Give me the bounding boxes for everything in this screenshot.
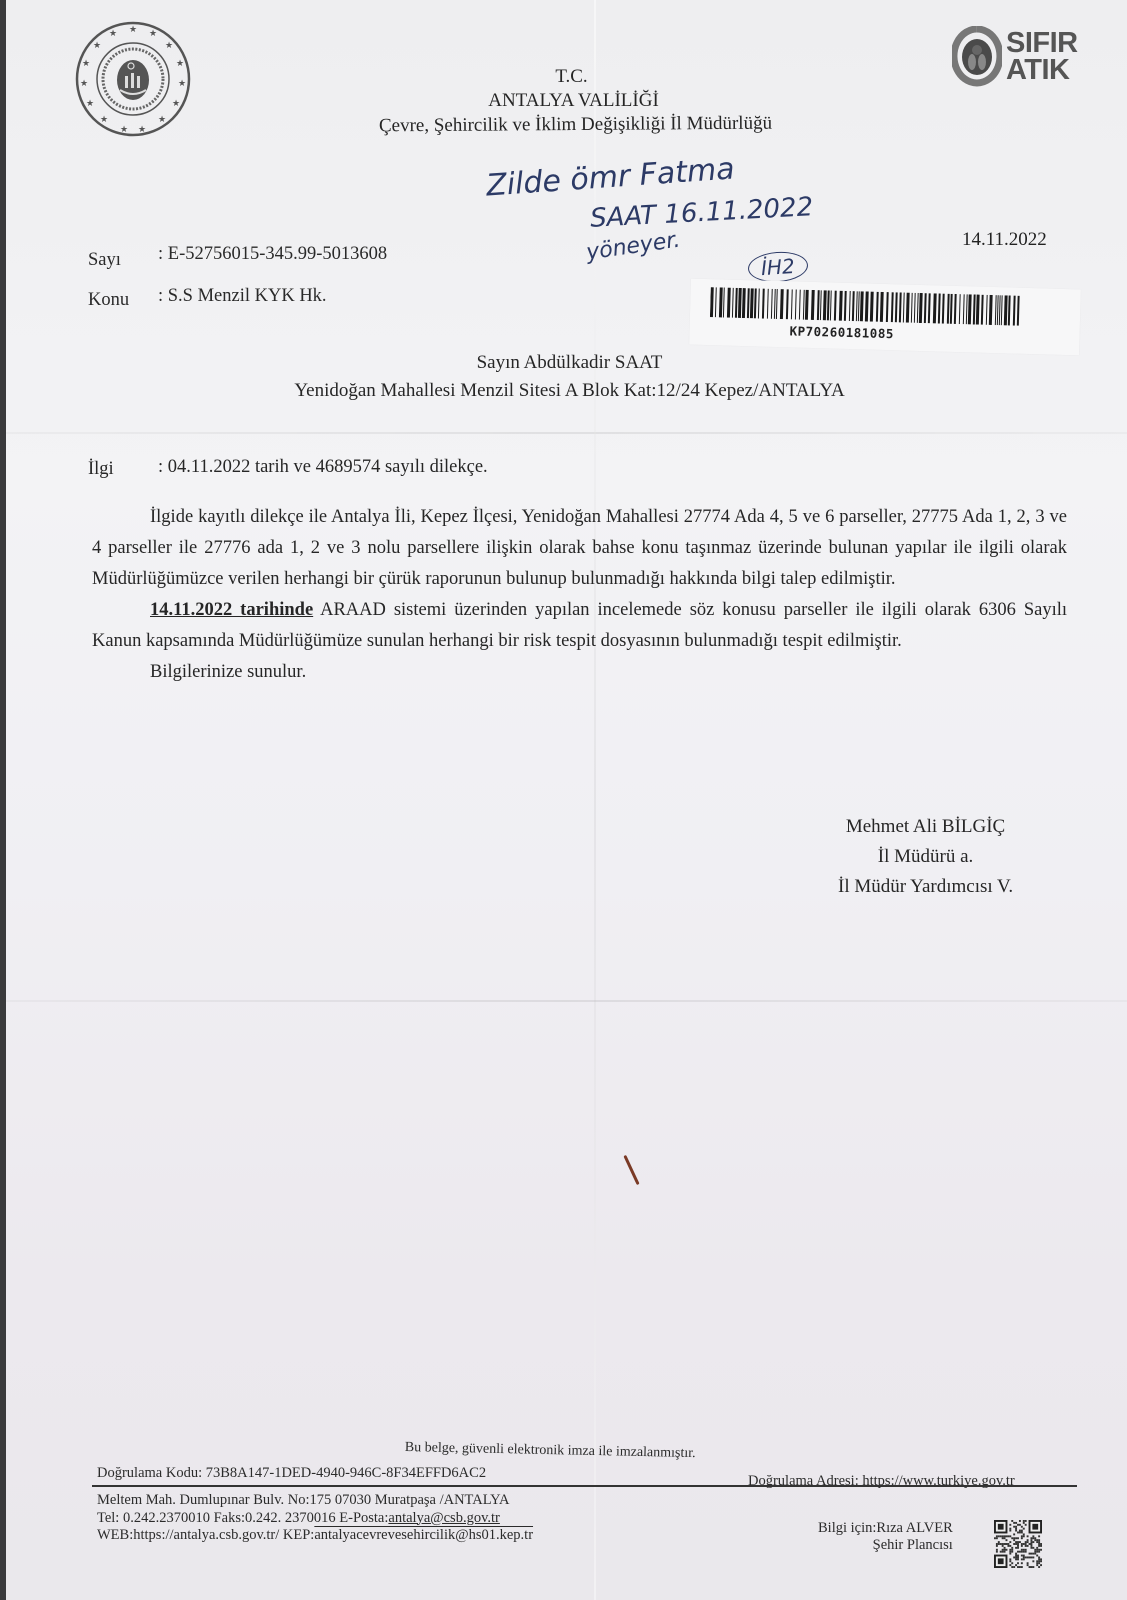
info-contact-block: Bilgi için:Rıza ALVER Şehir Plancısı — [818, 1520, 953, 1554]
sayi-value: : E-52756015-345.99-5013608 — [158, 244, 387, 265]
konu-label: Konu — [88, 290, 129, 311]
konu-value: : S.S Menzil KYK Hk. — [158, 286, 327, 307]
barcode-sticker: KP70260181085 — [689, 279, 1081, 356]
footer-address: Meltem Mah. Dumlupınar Bulv. No:175 0703… — [97, 1492, 533, 1510]
qr-code-icon — [994, 1520, 1042, 1568]
svg-text:★: ★ — [149, 29, 157, 39]
header-governorship: ANTALYA VALİLİĞİ — [10, 90, 1127, 112]
sayi-label: Sayı — [88, 250, 121, 271]
footer-tel-line: Tel: 0.242.2370010 Faks:0.242. 2370016 E… — [97, 1510, 533, 1528]
paper-fold — [6, 432, 1127, 434]
paper-fold — [6, 1000, 1127, 1002]
footer-divider — [92, 1485, 1077, 1487]
svg-text:★: ★ — [93, 41, 101, 51]
header-tc: T.C. — [8, 66, 1127, 88]
footer-contact: Meltem Mah. Dumlupınar Bulv. No:175 0703… — [97, 1492, 533, 1545]
body-paragraph-2-date: 14.11.2022 tarihinde — [150, 600, 313, 620]
info-contact-title: Şehir Plancısı — [818, 1537, 953, 1554]
footer-kep-link[interactable]: antalyacevrevesehircilik@hs01.kep.tr — [314, 1527, 533, 1543]
ilgi-label: İlgi — [88, 454, 114, 485]
svg-text:★: ★ — [129, 25, 137, 35]
body-paragraph-2: 14.11.2022 tarihinde ARAAD sistemi üzeri… — [92, 595, 1067, 657]
letter-body: İlgide kayıtlı dilekçe ile Antalya İli, … — [92, 502, 1067, 688]
document-date: 14.11.2022 — [962, 229, 1047, 251]
logo-text-top: SIFIR — [1006, 30, 1078, 57]
body-paragraph-1: İlgide kayıtlı dilekçe ile Antalya İli, … — [92, 502, 1067, 595]
verification-address: Doğrulama Adresi: https://www.turkiye.go… — [748, 1473, 1015, 1490]
signatory-title-2: İl Müdür Yardımcısı V. — [838, 872, 1013, 902]
footer-web: WEB:https://antalya.csb.gov.tr/ KEP: — [97, 1527, 314, 1543]
body-closing: Bilgilerinize sunulur. — [92, 657, 1067, 688]
footer-tel-fax: Tel: 0.242.2370010 Faks:0.242. 2370016 E… — [97, 1510, 388, 1526]
addressee-name: Sayın Abdülkadir SAAT — [6, 352, 1127, 374]
signatory-name: Mehmet Ali BİLGİÇ — [838, 812, 1013, 842]
signatory-title-1: İl Müdürü a. — [838, 842, 1013, 872]
footer-web-line: WEB:https://antalya.csb.gov.tr/ KEP:anta… — [97, 1527, 533, 1545]
document-page — [6, 0, 1127, 1600]
info-contact-name: Bilgi için:Rıza ALVER — [818, 1520, 953, 1537]
ilgi-value: : 04.11.2022 tarih ve 4689574 sayılı dil… — [158, 452, 488, 483]
svg-text:★: ★ — [109, 29, 117, 39]
addressee-address: Yenidoğan Mahallesi Menzil Sitesi A Blok… — [6, 380, 1127, 402]
footer-email-link[interactable]: antalya@csb.gov.tr — [388, 1510, 499, 1526]
barcode-icon — [710, 287, 1021, 326]
signature-block: Mehmet Ali BİLGİÇ İl Müdürü a. İl Müdür … — [838, 812, 1013, 902]
verification-code: Doğrulama Kodu: 73B8A147-1DED-4940-946C-… — [97, 1465, 486, 1482]
barcode-number: KP70260181085 — [789, 323, 894, 341]
svg-text:★: ★ — [165, 41, 173, 51]
